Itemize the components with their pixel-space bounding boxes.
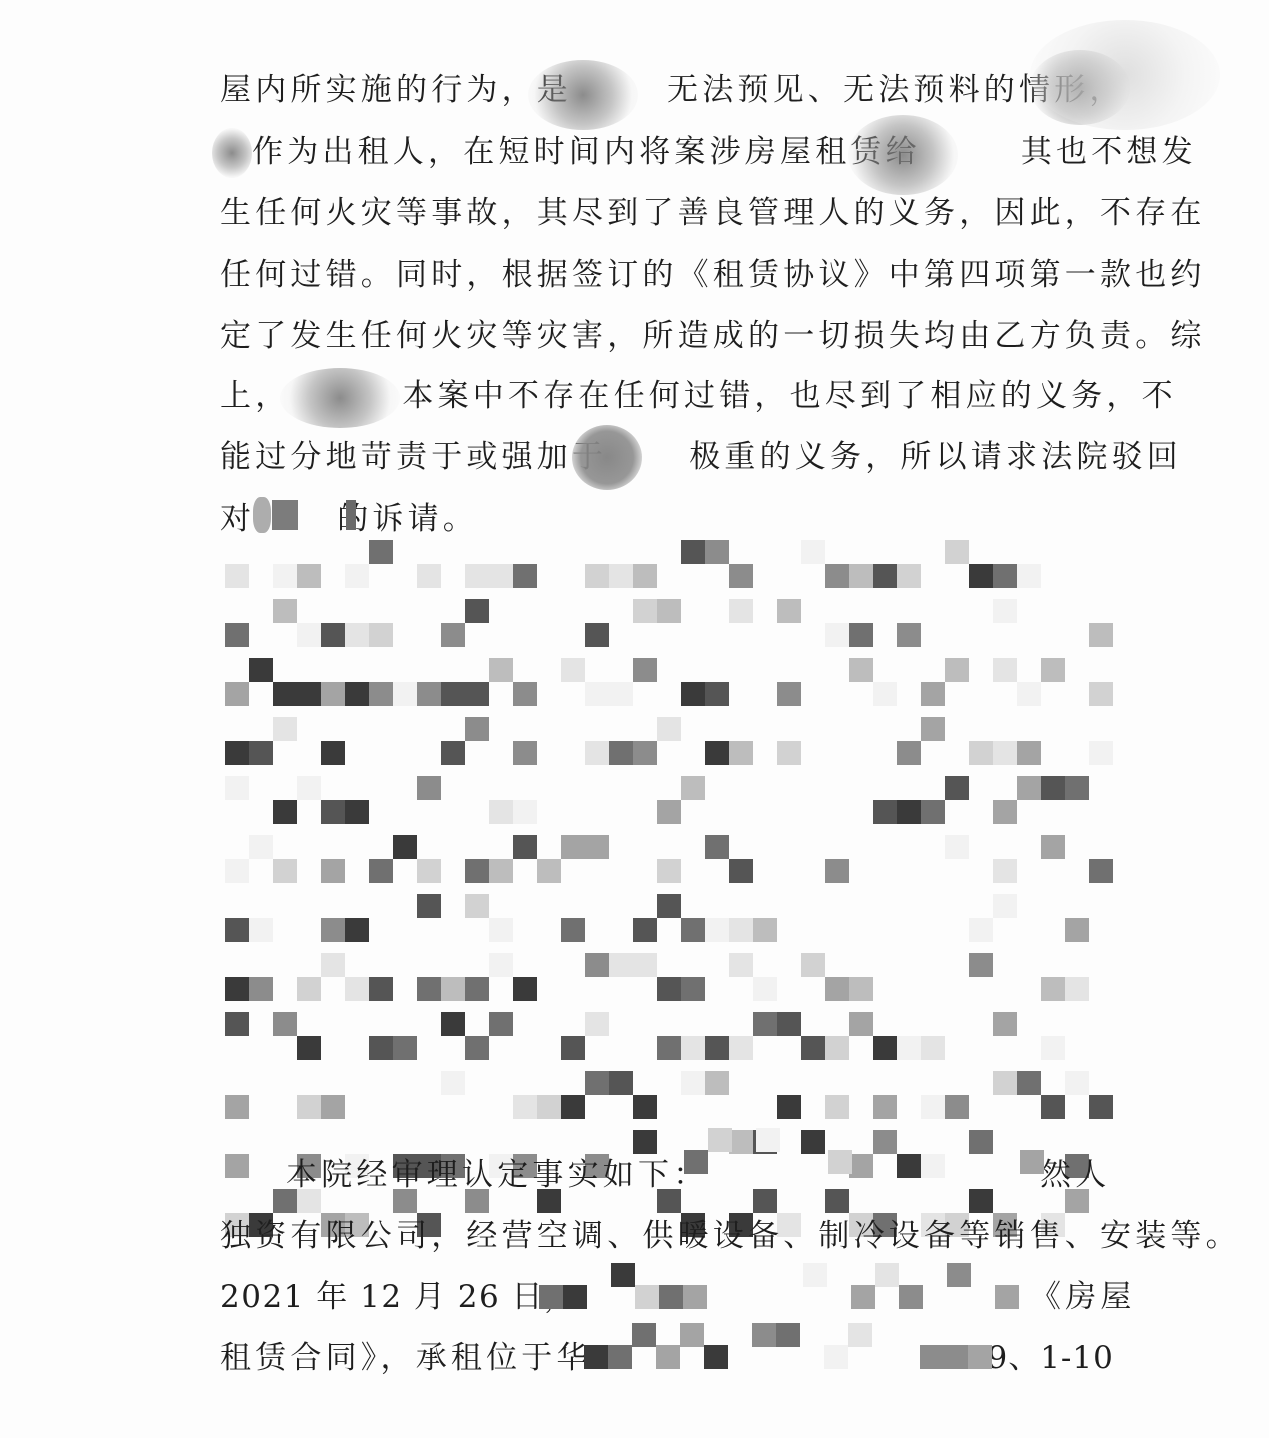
mosaic-cell [225, 977, 249, 1001]
mosaic-cell [297, 1036, 321, 1060]
text-line: 本院经审理认定事实如下： [286, 1155, 708, 1195]
mosaic-cell [729, 564, 753, 588]
mosaic-cell [369, 623, 393, 647]
mosaic-cell [849, 977, 873, 1001]
mosaic-cell [1041, 1095, 1065, 1119]
mosaic-cell [225, 1095, 249, 1119]
mosaic-cell [776, 1323, 800, 1347]
mosaic-cell [875, 1263, 899, 1287]
mosaic-cell [321, 800, 345, 824]
mosaic-cell [825, 1189, 849, 1213]
mosaic-cell [489, 953, 513, 977]
mosaic-cell [345, 977, 369, 1001]
mosaic-cell [828, 1150, 852, 1174]
mosaic-cell [249, 918, 273, 942]
mosaic-cell [584, 1345, 608, 1369]
mosaic-cell [1041, 835, 1065, 859]
mosaic-cell [539, 1285, 563, 1309]
mosaic-cell [873, 1130, 897, 1154]
mosaic-cell [777, 682, 801, 706]
mosaic-cell [681, 776, 705, 800]
mosaic-cell [1089, 1095, 1113, 1119]
mosaic-cell [753, 977, 777, 1001]
redaction-blur [1030, 20, 1220, 130]
mosaic-cell [825, 1095, 849, 1119]
mosaic-cell [417, 682, 441, 706]
mosaic-cell [633, 741, 657, 765]
mosaic-cell [849, 564, 873, 588]
mosaic-cell [897, 741, 921, 765]
mosaic-cell [657, 717, 681, 741]
mosaic-cell [683, 1285, 707, 1309]
mosaic-cell [297, 1095, 321, 1119]
mosaic-cell [297, 564, 321, 588]
line-text: 极重的义务，所以请求法院驳回 [689, 439, 1182, 475]
mosaic-cell [897, 1154, 921, 1178]
mosaic-cell [393, 1036, 417, 1060]
mosaic-cell [945, 540, 969, 564]
mosaic-cell [465, 717, 489, 741]
mosaic-cell [729, 1036, 753, 1060]
line-text: 对 [220, 501, 255, 537]
mosaic-cell [1017, 741, 1041, 765]
mosaic-cell [944, 1345, 968, 1369]
mosaic-cell [1020, 1150, 1044, 1174]
mosaic-cell [297, 977, 321, 1001]
mosaic-cell [633, 953, 657, 977]
mosaic-cell [708, 1128, 732, 1152]
mosaic-cell [225, 682, 249, 706]
mosaic-cell [585, 623, 609, 647]
mosaic-cell [752, 1323, 776, 1347]
mosaic-cell [321, 741, 345, 765]
mosaic-cell [1065, 977, 1089, 1001]
mosaic-cell [441, 741, 465, 765]
mosaic-cell [801, 540, 825, 564]
mosaic-cell [897, 800, 921, 824]
mosaic-cell [609, 564, 633, 588]
mosaic-cell [225, 564, 249, 588]
mosaic-cell [729, 1130, 753, 1154]
mosaic-cell [513, 1095, 537, 1119]
mosaic-cell [417, 977, 441, 1001]
mosaic-cell [681, 540, 705, 564]
line-text: 其也不想发 [1021, 134, 1197, 170]
mosaic-cell [993, 599, 1017, 623]
mosaic-cell [921, 800, 945, 824]
mosaic-cell [369, 540, 393, 564]
mosaic-cell [921, 1154, 945, 1178]
mosaic-cell [993, 1071, 1017, 1095]
mosaic-cell [273, 800, 297, 824]
text-line: 2021 年 12 月 26 日， [220, 1277, 577, 1317]
mosaic-cell [561, 835, 585, 859]
mosaic-cell [513, 800, 537, 824]
mosaic-cell [633, 918, 657, 942]
text-line: 生任何火灾等事故，其尽到了善良管理人的义务，因此，不存在 [220, 193, 1206, 233]
mosaic-cell [681, 1036, 705, 1060]
mosaic-cell [633, 599, 657, 623]
mosaic-cell [273, 682, 297, 706]
mosaic-cell [1041, 776, 1065, 800]
mosaic-cell [777, 741, 801, 765]
mosaic-cell [1065, 918, 1089, 942]
mosaic-cell [921, 682, 945, 706]
mosaic-cell [441, 623, 465, 647]
text-line: 作为出租人，在短时间内将案涉房屋租赁给其也不想发 [252, 132, 1197, 172]
mosaic-cell [657, 894, 681, 918]
mosaic-cell [561, 918, 585, 942]
mosaic-cell [489, 564, 513, 588]
mosaic-cell [1065, 1071, 1089, 1095]
mosaic-cell [249, 977, 273, 1001]
mosaic-cell [345, 918, 369, 942]
mosaic-cell [273, 717, 297, 741]
mosaic-cell [345, 800, 369, 824]
mosaic-cell [393, 835, 417, 859]
line-text: 的诉请。 [337, 501, 478, 537]
mosaic-cell [273, 564, 297, 588]
mosaic-cell [945, 776, 969, 800]
mosaic-cell [441, 1012, 465, 1036]
mosaic-cell [585, 1012, 609, 1036]
mosaic-cell [1017, 1071, 1041, 1095]
mosaic-cell [684, 1150, 708, 1174]
mosaic-cell [849, 1154, 873, 1178]
mosaic-cell [753, 1189, 777, 1213]
mosaic-cell [345, 623, 369, 647]
mosaic-cell [969, 564, 993, 588]
mosaic-cell [993, 564, 1017, 588]
mosaic-cell [969, 1130, 993, 1154]
mosaic-cell [321, 623, 345, 647]
mosaic-cell [513, 564, 537, 588]
redaction-blur [212, 128, 252, 178]
mosaic-cell [993, 1012, 1017, 1036]
mosaic-cell [585, 564, 609, 588]
mosaic-cell [609, 953, 633, 977]
mosaic-cell [489, 800, 513, 824]
mosaic-cell [681, 1071, 705, 1095]
mosaic-cell [489, 1012, 513, 1036]
text-line: 能过分地苛责于或强加于极重的义务，所以请求法院驳回 [220, 437, 1182, 477]
mosaic-cell [1089, 682, 1113, 706]
mosaic-cell [249, 658, 273, 682]
mosaic-cell [873, 1036, 897, 1060]
mosaic-cell [1041, 977, 1065, 1001]
redaction-blur [572, 425, 642, 490]
mosaic-cell [273, 859, 297, 883]
mosaic-cell [921, 1036, 945, 1060]
mosaic-cell [633, 1130, 657, 1154]
mosaic-cell [393, 682, 417, 706]
mosaic-cell [825, 1036, 849, 1060]
mosaic-cell [441, 977, 465, 1001]
mosaic-cell [897, 1036, 921, 1060]
mosaic-cell [225, 1012, 249, 1036]
mosaic-cell [657, 800, 681, 824]
mosaic-cell [1089, 741, 1113, 765]
mosaic-cell [225, 776, 249, 800]
mosaic-cell [777, 1012, 801, 1036]
mosaic-cell [753, 918, 777, 942]
mosaic-cell [225, 859, 249, 883]
mosaic-cell [947, 1263, 971, 1287]
mosaic-cell [681, 918, 705, 942]
mosaic-cell [513, 835, 537, 859]
mosaic-cell [417, 859, 441, 883]
mosaic-cell [969, 953, 993, 977]
mosaic-cell [297, 623, 321, 647]
mosaic-cell [921, 1095, 945, 1119]
mosaic-cell [1089, 859, 1113, 883]
mosaic-cell [945, 1095, 969, 1119]
mosaic-cell [753, 1012, 777, 1036]
mosaic-cell [729, 859, 753, 883]
mosaic-cell [633, 1095, 657, 1119]
mosaic-cell [321, 682, 345, 706]
redaction-block [272, 500, 298, 530]
mosaic-cell [321, 918, 345, 942]
text-line: 租赁合同》，承租位于华 [220, 1338, 592, 1378]
mosaic-cell [561, 1095, 585, 1119]
mosaic-cell [345, 682, 369, 706]
mosaic-cell [345, 564, 369, 588]
text-line: 任何过错。同时，根据签订的《租赁协议》中第四项第一款也约 [220, 255, 1206, 295]
mosaic-cell [681, 682, 705, 706]
line-text: 屋内所实施的行为，是 [220, 72, 572, 108]
mosaic-cell [249, 835, 273, 859]
mosaic-cell [657, 859, 681, 883]
mosaic-cell [1041, 1036, 1065, 1060]
mosaic-cell [851, 1285, 875, 1309]
mosaic-cell [681, 977, 705, 1001]
mosaic-cell [873, 564, 897, 588]
mosaic-cell [489, 859, 513, 883]
mosaic-cell [369, 977, 393, 1001]
mosaic-cell [585, 682, 609, 706]
mosaic-cell [633, 564, 657, 588]
line-text: 作为出租人，在短时间内将案涉房屋租赁给 [252, 134, 921, 170]
mosaic-cell [873, 1095, 897, 1119]
mosaic-cell [225, 623, 249, 647]
mosaic-cell [705, 741, 729, 765]
mosaic-cell [756, 1128, 780, 1152]
mosaic-cell [801, 1130, 825, 1154]
mosaic-cell [225, 741, 249, 765]
mosaic-cell [513, 682, 537, 706]
mosaic-cell [993, 859, 1017, 883]
mosaic-cell [801, 953, 825, 977]
mosaic-cell [273, 599, 297, 623]
mosaic-cell [1065, 776, 1089, 800]
mosaic-cell [705, 1071, 729, 1095]
mosaic-cell [585, 835, 609, 859]
mosaic-cell [803, 1263, 827, 1287]
mosaic-cell [657, 599, 681, 623]
mosaic-cell [297, 776, 321, 800]
mosaic-cell [369, 859, 393, 883]
pixelated-redaction [225, 552, 1115, 1127]
mosaic-cell [609, 1071, 633, 1095]
mosaic-cell [369, 682, 393, 706]
mosaic-cell [321, 953, 345, 977]
mosaic-cell [1017, 682, 1041, 706]
mosaic-cell [968, 1345, 992, 1369]
mosaic-cell [659, 1285, 683, 1309]
text-line: 定了发生任何火灾等灾害，所造成的一切损失均由乙方负责。综 [220, 316, 1206, 356]
mosaic-cell [825, 859, 849, 883]
mosaic-cell [729, 953, 753, 977]
mosaic-cell [705, 682, 729, 706]
mosaic-cell [1041, 658, 1065, 682]
mosaic-cell [824, 1345, 848, 1369]
mosaic-cell [729, 599, 753, 623]
mosaic-cell [417, 564, 441, 588]
document-page: 屋内所实施的行为，是无法预见、无法预料的情形， 作为出租人，在短时间内将案涉房屋… [0, 0, 1269, 1438]
mosaic-cell [561, 1036, 585, 1060]
mosaic-cell [633, 658, 657, 682]
mosaic-cell [465, 682, 489, 706]
mosaic-cell [680, 1323, 704, 1347]
mosaic-cell [537, 1095, 561, 1119]
mosaic-cell [609, 682, 633, 706]
mosaic-cell [825, 977, 849, 1001]
mosaic-cell [225, 1154, 249, 1178]
mosaic-cell [705, 1036, 729, 1060]
mosaic-cell [273, 1012, 297, 1036]
mosaic-cell [920, 1345, 944, 1369]
mosaic-cell [705, 918, 729, 942]
mosaic-cell [465, 977, 489, 1001]
mosaic-cell [611, 1263, 635, 1287]
mosaic-cell [993, 894, 1017, 918]
line-text: 本案中不存在任何过错，也尽到了相应的义务，不 [402, 378, 1176, 414]
mosaic-cell [729, 741, 753, 765]
mosaic-cell [513, 977, 537, 1001]
mosaic-cell [465, 564, 489, 588]
mosaic-cell [465, 894, 489, 918]
mosaic-cell [921, 717, 945, 741]
mosaic-cell [801, 1036, 825, 1060]
mosaic-cell [969, 1189, 993, 1213]
mosaic-cell [609, 741, 633, 765]
mosaic-cell [561, 658, 585, 682]
mosaic-cell [656, 1345, 680, 1369]
mosaic-cell [993, 658, 1017, 682]
mosaic-cell [249, 741, 273, 765]
mosaic-cell [489, 918, 513, 942]
mosaic-cell [297, 682, 321, 706]
mosaic-cell [632, 1323, 656, 1347]
mosaic-cell [969, 918, 993, 942]
mosaic-cell [608, 1345, 632, 1369]
mosaic-cell [537, 859, 561, 883]
line-text: 本院经审理认定事实如下： [286, 1157, 708, 1193]
text-line: -9、1-10 [976, 1338, 1114, 1378]
mosaic-cell [969, 741, 993, 765]
mosaic-cell [1017, 564, 1041, 588]
mosaic-cell [489, 658, 513, 682]
mosaic-cell [321, 1095, 345, 1119]
mosaic-cell [465, 859, 489, 883]
mosaic-cell [873, 800, 897, 824]
mosaic-cell [777, 1095, 801, 1119]
redaction-block [346, 500, 356, 530]
mosaic-cell [563, 1285, 587, 1309]
mosaic-cell [225, 918, 249, 942]
mosaic-cell [777, 599, 801, 623]
mosaic-cell [848, 1323, 872, 1347]
mosaic-cell [417, 776, 441, 800]
mosaic-cell [873, 682, 897, 706]
line-text: 能过分地苛责于或强加于 [220, 439, 607, 475]
mosaic-cell [635, 1285, 659, 1309]
mosaic-cell [849, 1012, 873, 1036]
mosaic-cell [441, 682, 465, 706]
text-line: 独资有限公司，经营空调、供暖设备、制冷设备等销售、安装等。 [220, 1216, 1241, 1256]
mosaic-cell [897, 564, 921, 588]
mosaic-cell [993, 800, 1017, 824]
mosaic-cell [585, 1071, 609, 1095]
mosaic-cell [1089, 623, 1113, 647]
mosaic-cell [705, 540, 729, 564]
mosaic-cell [849, 658, 873, 682]
redaction-blur [280, 368, 400, 428]
mosaic-cell [657, 977, 681, 1001]
mosaic-cell [417, 894, 441, 918]
text-line: 《房屋 [1030, 1277, 1136, 1317]
mosaic-cell [657, 1036, 681, 1060]
mosaic-cell [945, 658, 969, 682]
mosaic-cell [899, 1285, 923, 1309]
mosaic-cell [513, 741, 537, 765]
mosaic-cell [369, 1036, 393, 1060]
redaction-blur [528, 60, 638, 130]
mosaic-cell [321, 859, 345, 883]
mosaic-cell [995, 1285, 1019, 1309]
mosaic-cell [585, 741, 609, 765]
mosaic-cell [825, 623, 849, 647]
mosaic-cell [585, 953, 609, 977]
text-line: 然人 [1040, 1155, 1110, 1195]
mosaic-cell [441, 1071, 465, 1095]
redaction-blur [253, 497, 271, 533]
mosaic-cell [849, 623, 873, 647]
mosaic-cell [729, 918, 753, 942]
redaction-blur [848, 115, 958, 195]
mosaic-cell [705, 835, 729, 859]
mosaic-cell [945, 835, 969, 859]
mosaic-cell [704, 1345, 728, 1369]
mosaic-cell [897, 623, 921, 647]
text-line: 屋内所实施的行为，是无法预见、无法预料的情形， [220, 70, 1125, 110]
mosaic-cell [465, 1036, 489, 1060]
mosaic-cell [825, 564, 849, 588]
mosaic-cell [1017, 776, 1041, 800]
mosaic-cell [993, 741, 1017, 765]
mosaic-cell [465, 599, 489, 623]
